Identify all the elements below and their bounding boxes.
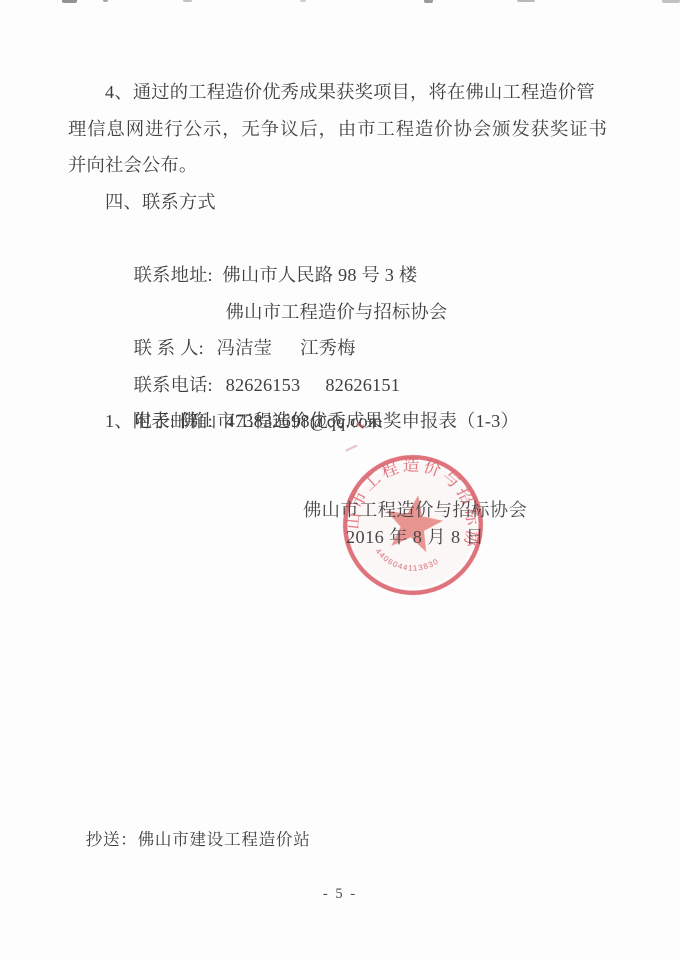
address-value-2: 佛山市工程造价与招标协会 [226,302,448,322]
scan-artifact [183,0,192,2]
paragraph-line-2: 理信息网进行公示，无争议后，由市工程造价协会颁发获奖证书 [68,111,608,148]
address-value: 佛山市人民路 98 号 3 楼 [222,265,417,285]
contact-address-line: 联系地址: 佛山市人民路 98 号 3 楼 [68,220,608,257]
person-label: 联 系 人: [134,338,209,358]
section-heading: 四、联系方式 [68,184,608,221]
phone-value-1: 82626153 [226,375,301,395]
cc-value: 佛山市建设工程造价站 [138,830,311,849]
person-value-1: 冯洁莹 [217,338,272,358]
scan-artifact [103,0,108,2]
phone-value-2: 82626151 [325,375,400,395]
paragraph-line-1: 4、通过的工程造价优秀成果获奖项目，将在佛山工程造价管 [68,74,608,111]
paragraph-line-3: 并向社会公布。 [68,147,608,184]
address-label: 联系地址: [134,265,223,285]
signature-org: 佛山市工程造价与招标协会 [303,496,527,522]
scan-artifact [62,0,77,3]
scan-artifact [517,0,535,2]
phone-label: 联系电话: [134,375,218,395]
document-page: 4、通过的工程造价优秀成果获奖项目，将在佛山工程造价管 理信息网进行公示，无争议… [0,0,680,961]
scan-artifact [662,0,680,3]
cc-label: 抄送： [86,830,138,849]
scan-artifact [300,0,306,2]
person-value-2: 江秀梅 [300,338,355,358]
scan-artifact [424,0,433,3]
signature-date: 2016 年 8 月 8 日 [346,523,484,549]
cc-line: 抄送：佛山市建设工程造价站 [66,806,311,870]
body-text: 4、通过的工程造价优秀成果获奖项目，将在佛山工程造价管 理信息网进行公示，无争议… [68,74,608,440]
page-number: - 5 - [0,886,680,903]
attachment-line: 1、附表: 佛山市工程造价优秀成果奖申报表（1-3） [68,403,608,440]
